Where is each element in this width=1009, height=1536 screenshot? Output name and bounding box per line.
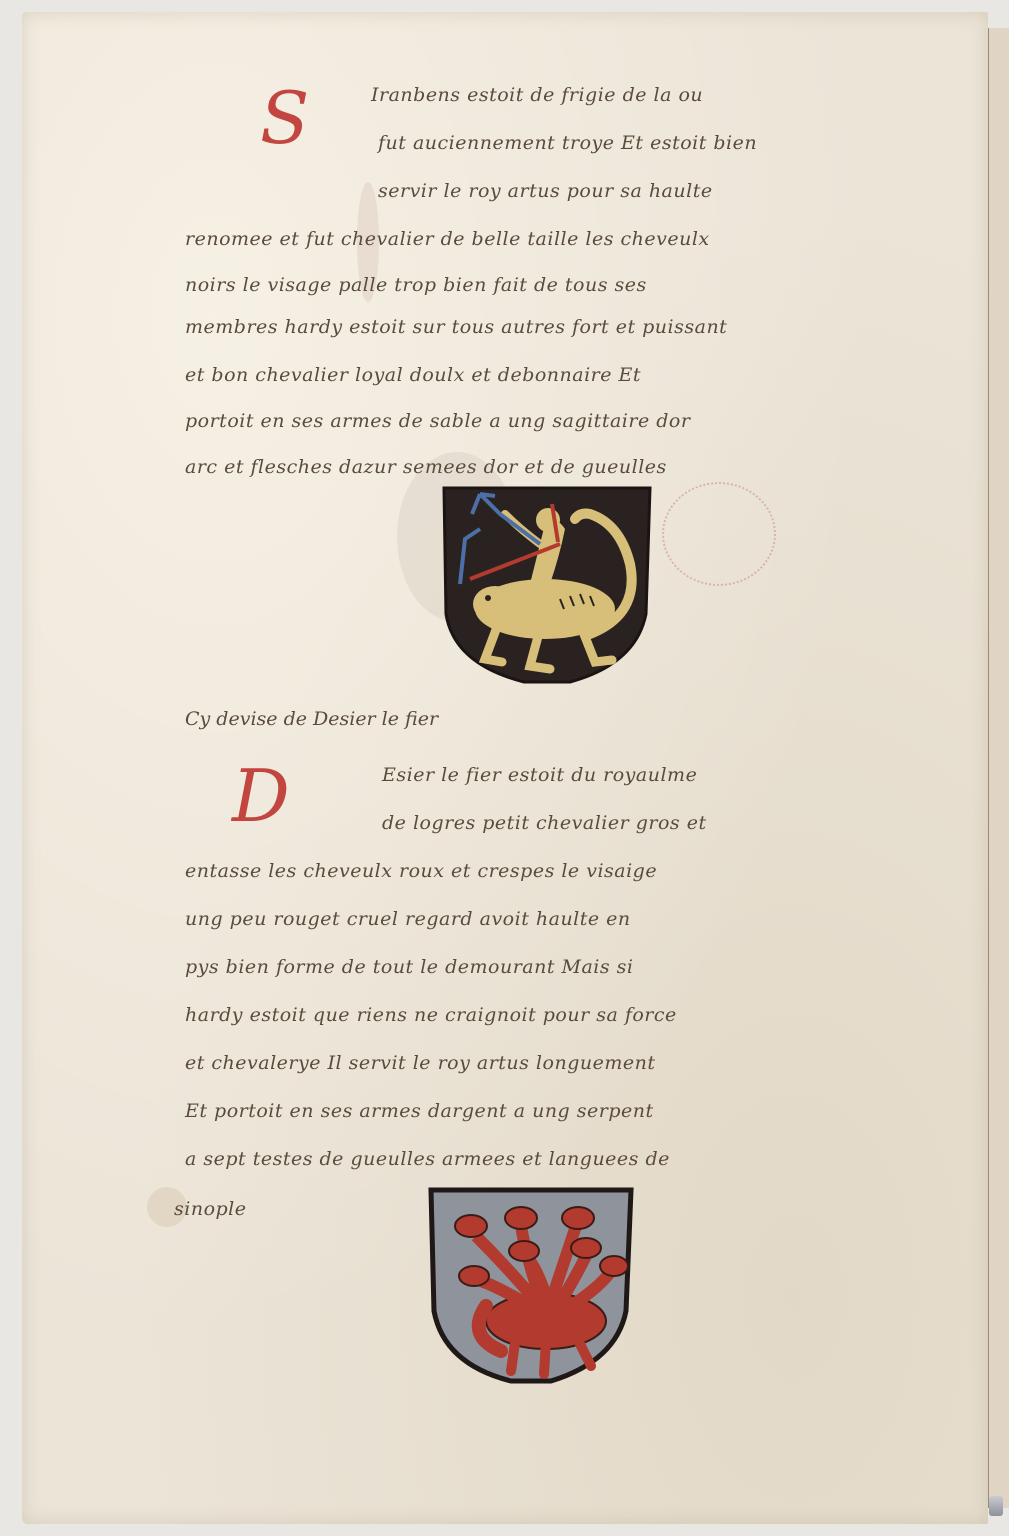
text-line: Iranbens estoit de frigie de la ou bbox=[371, 84, 703, 106]
text-line: noirs le visage palle trop bien fait de … bbox=[185, 274, 647, 296]
text-line: entasse les cheveulx roux et crespes le … bbox=[185, 860, 657, 882]
text-line: Esier le fier estoit du royaulme bbox=[382, 764, 697, 786]
page-clip bbox=[989, 1496, 1003, 1516]
faint-library-stamp bbox=[662, 482, 776, 586]
text-line: et bon chevalier loyal doulx et debonnai… bbox=[185, 364, 641, 386]
text-line: membres hardy estoit sur tous autres for… bbox=[185, 316, 727, 338]
text-line: Et portoit en ses armes dargent a ung se… bbox=[185, 1100, 654, 1122]
text-line: renomee et fut chevalier de belle taille… bbox=[185, 228, 710, 250]
rubric-initial-d: D bbox=[232, 760, 290, 832]
text-line: servir le roy artus pour sa haulte bbox=[378, 180, 713, 202]
text-line: et chevalerye Il servit le roy artus lon… bbox=[185, 1052, 655, 1074]
next-page-edge bbox=[988, 28, 1009, 1508]
text-line: portoit en ses armes de sable a ung sagi… bbox=[185, 410, 690, 432]
text-line: a sept testes de gueulles armees et lang… bbox=[185, 1148, 670, 1170]
text-line: pys bien forme de tout le demourant Mais… bbox=[185, 956, 634, 978]
text-line: hardy estoit que riens ne craignoit pour… bbox=[185, 1004, 677, 1026]
sagittarius-shield-icon bbox=[440, 484, 654, 688]
chapter-heading: Cy devise de Desier le fier bbox=[185, 708, 438, 730]
text-line: fut auciennement troye Et estoit bien bbox=[378, 132, 757, 154]
text-line: ung peu rouget cruel regard avoit haulte… bbox=[185, 908, 631, 930]
serpent-shield-icon bbox=[426, 1186, 636, 1386]
rubric-initial-s: S bbox=[260, 82, 309, 154]
text-line: arc et flesches dazur semees dor et de g… bbox=[185, 456, 667, 478]
manuscript-page: S Iranbens estoit de frigie de la ou fut… bbox=[22, 12, 988, 1524]
text-line: de logres petit chevalier gros et bbox=[382, 812, 707, 834]
text-line: sinople bbox=[174, 1198, 247, 1220]
